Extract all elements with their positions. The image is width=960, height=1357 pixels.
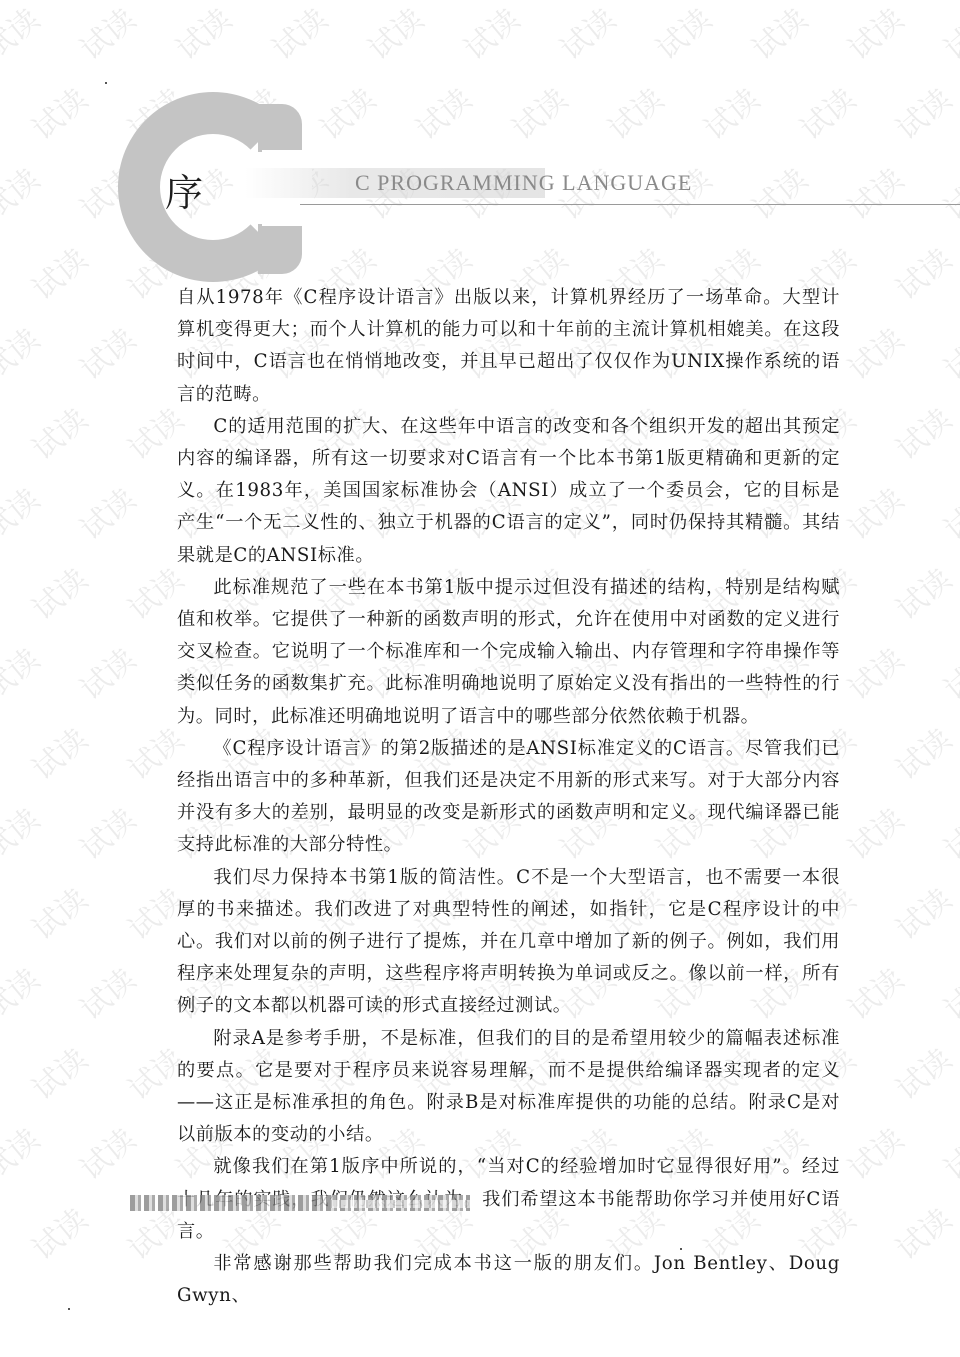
scan-speck [68,1308,70,1310]
scan-speck [105,82,107,84]
chapter-letter-c-cap-bottom [258,224,302,274]
body-text: 自从1978年《C程序设计语言》出版以来，计算机界经历了一场革命。大型计算机变得… [177,282,840,1313]
paragraph: 自从1978年《C程序设计语言》出版以来，计算机界经历了一场革命。大型计算机变得… [177,282,840,411]
document-page: 序 C PROGRAMMING LANGUAGE 自从1978年《C程序设计语言… [0,0,960,1357]
illegible-scan-artifact [330,1200,470,1208]
scan-speck [680,1248,682,1250]
header-rule [300,204,960,205]
paragraph: 我们尽力保持本书第1版的简洁性。C不是一个大型语言，也不需要一本很厚的书来描述。… [177,862,840,1023]
paragraph: C的适用范围的扩大、在这些年中语言的改变和各个组织开发的超出其预定内容的编译器，… [177,411,840,572]
paragraph: 《C程序设计语言》的第2版描述的是ANSI标准定义的C语言。尽管我们已经指出语言… [177,733,840,862]
paragraph: 附录A是参考手册，不是标准，但我们的目的是希望用较少的篇幅表述标准的要点。它是要… [177,1023,840,1152]
paragraph: 非常感谢那些帮助我们完成本书这一版的朋友们。Jon Bentley、Doug G… [177,1248,840,1312]
paragraph: 此标准规范了一些在本书第1版中提示过但没有描述的结构，特别是结构赋值和枚举。它提… [177,572,840,733]
chapter-letter-c-cap-top [258,104,302,152]
chapter-title: 序 [165,162,203,217]
running-title: C PROGRAMMING LANGUAGE [355,170,692,196]
